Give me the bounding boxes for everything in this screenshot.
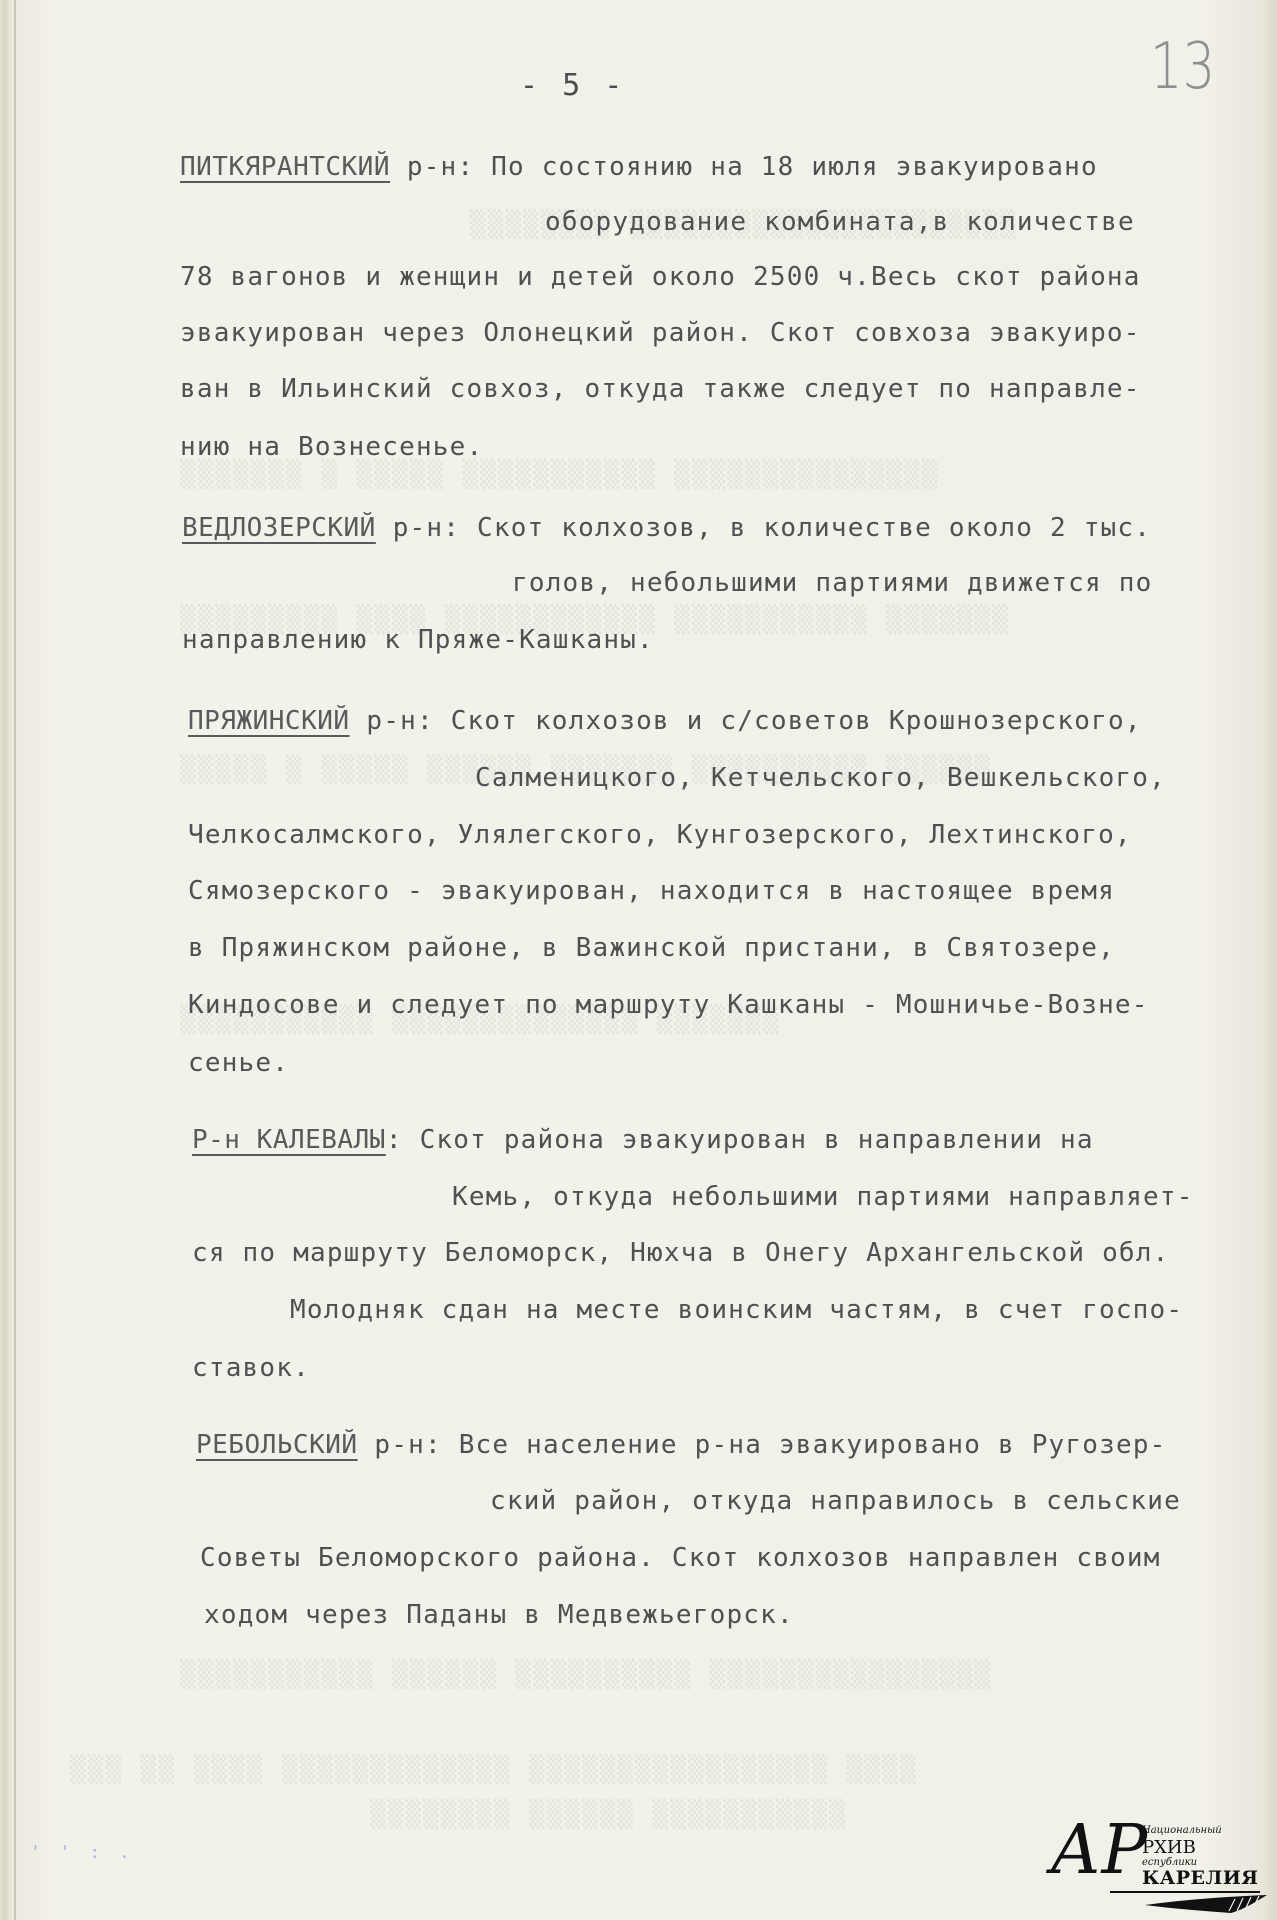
text-line: направлению к Пряже-Кашканы.: [182, 625, 654, 655]
archive-logo: АР Национальный РХИВ еспублики КАРЕЛИЯ: [1050, 1815, 1272, 1915]
document-page: ▒▒▒▒▒▒▒▒ ▒▒▒▒▒▒▒▒▒▒▒▒▒▒▒▒▒▒▒▒▒▒ ▒▒▒▒▒▒▒ …: [0, 0, 1277, 1920]
text-line: Скот колхозов, в количестве около 2 тыс.: [477, 513, 1151, 543]
district-name: ВЕДЛОЗЕРСКИЙ: [182, 513, 376, 543]
district-suffix: р-н:: [358, 1430, 442, 1460]
text-line: Сямозерского - эвакуирован, находится в …: [188, 876, 1115, 906]
text-line: голов, небольшими партиями движется по: [512, 568, 1152, 598]
bleed-through-text: ▒▒▒▒▒▒▒▒ ▒▒▒▒▒▒ ▒▒▒▒▒▒▒▒▒▒▒: [370, 1800, 847, 1830]
text-line: в Пряжинском районе, в Важинской пристан…: [188, 933, 1115, 963]
page-number: - 5 -: [520, 68, 625, 103]
text-line: Скот района эвакуирован в направлении на: [420, 1125, 1094, 1155]
feather-quill-icon: [1145, 1895, 1267, 1913]
text-line: ский район, откуда направилось в сельски…: [490, 1486, 1181, 1516]
logo-text-line: РХИВ: [1142, 1837, 1196, 1858]
district-name: ПРЯЖИНСКИЙ: [188, 706, 350, 736]
section-heading-line: Р-н КАЛЕВАЛЫ: Скот района эвакуирован в …: [192, 1125, 1094, 1155]
binding-edge: [14, 0, 16, 1920]
text-line: ся по маршруту Беломорск, Нюхча в Онегу …: [192, 1238, 1170, 1268]
text-line: Челкосалмского, Улялегского, Кунгозерско…: [188, 820, 1132, 850]
district-suffix: :: [386, 1125, 403, 1155]
text-line: Все население р-на эвакуировано в Ругозе…: [459, 1430, 1167, 1460]
section-heading-line: РЕБОЛЬСКИЙ р-н: Все население р-на эваку…: [196, 1430, 1167, 1460]
text-line: сенье.: [188, 1048, 289, 1078]
district-suffix: р-н:: [350, 706, 434, 736]
text-line: оборудование комбината,в количестве: [545, 207, 1135, 237]
text-line: ван в Ильинский совхоз, откуда также сле…: [180, 374, 1141, 404]
text-line: нию на Вознесенье.: [180, 432, 483, 462]
logo-rule: [1110, 1891, 1260, 1893]
bleed-through-text: ▒▒▒ ▒▒ ▒▒▒▒ ▒▒▒▒▒▒▒▒▒▒▒▒▒ ▒▒▒▒▒▒▒▒▒▒▒▒▒▒…: [70, 1755, 917, 1785]
district-name: РЕБОЛЬСКИЙ: [196, 1430, 358, 1460]
bleed-through-text: ▒▒▒▒▒▒▒ ▒ ▒▒▒▒▒ ▒▒▒▒▒▒▒▒▒▒▒ ▒▒▒▒▒▒▒▒▒▒▒▒…: [180, 460, 939, 490]
district-suffix: р-н:: [390, 152, 474, 182]
logo-text-line: Национальный: [1142, 1825, 1222, 1836]
section-heading-line: ВЕДЛОЗЕРСКИЙ р-н: Скот колхозов, в колич…: [182, 513, 1151, 543]
logo-monogram: АР: [1050, 1817, 1147, 1885]
text-line: По состоянию на 18 июля эвакуировано: [491, 152, 1098, 182]
section-heading-line: ПИТКЯРАНТСКИЙ р-н: По состоянию на 18 ию…: [180, 152, 1098, 182]
text-line: Скот колхозов и с/советов Крошнозерского…: [451, 706, 1142, 736]
bleed-through-text: ▒▒▒▒▒▒▒▒▒▒▒ ▒▒▒▒▒▒ ▒▒▒▒▒▒▒▒▒▒ ▒▒▒▒▒▒▒▒▒▒…: [180, 1660, 992, 1690]
text-line: Салменицкого, Кетчельского, Вешкельского…: [475, 763, 1166, 793]
text-line: эвакуирован через Олонецкий район. Скот …: [180, 318, 1141, 348]
handwritten-sheet-number: 13: [1150, 30, 1215, 104]
district-suffix: р-н:: [376, 513, 460, 543]
district-name: Р-н КАЛЕВАЛЫ: [192, 1125, 386, 1155]
text-line: ходом через Паданы в Медвежьегорск.: [204, 1600, 794, 1630]
logo-text-line: КАРЕЛИЯ: [1142, 1867, 1259, 1889]
text-line: ставок.: [192, 1353, 310, 1383]
text-line: Молодняк сдан на месте воинским частям, …: [290, 1295, 1183, 1325]
text-line: 78 вагонов и женщин и детей около 2500 ч…: [180, 262, 1141, 292]
text-line: Кемь, откуда небольшими партиями направл…: [452, 1182, 1194, 1212]
ink-marks: ' ' : .: [30, 1842, 134, 1863]
district-name: ПИТКЯРАНТСКИЙ: [180, 152, 390, 182]
section-heading-line: ПРЯЖИНСКИЙ р-н: Скот колхозов и с/совето…: [188, 706, 1142, 736]
text-line: Советы Беломорского района. Скот колхозо…: [200, 1543, 1161, 1573]
text-line: Киндосове и следует по маршруту Кашканы …: [188, 990, 1149, 1020]
